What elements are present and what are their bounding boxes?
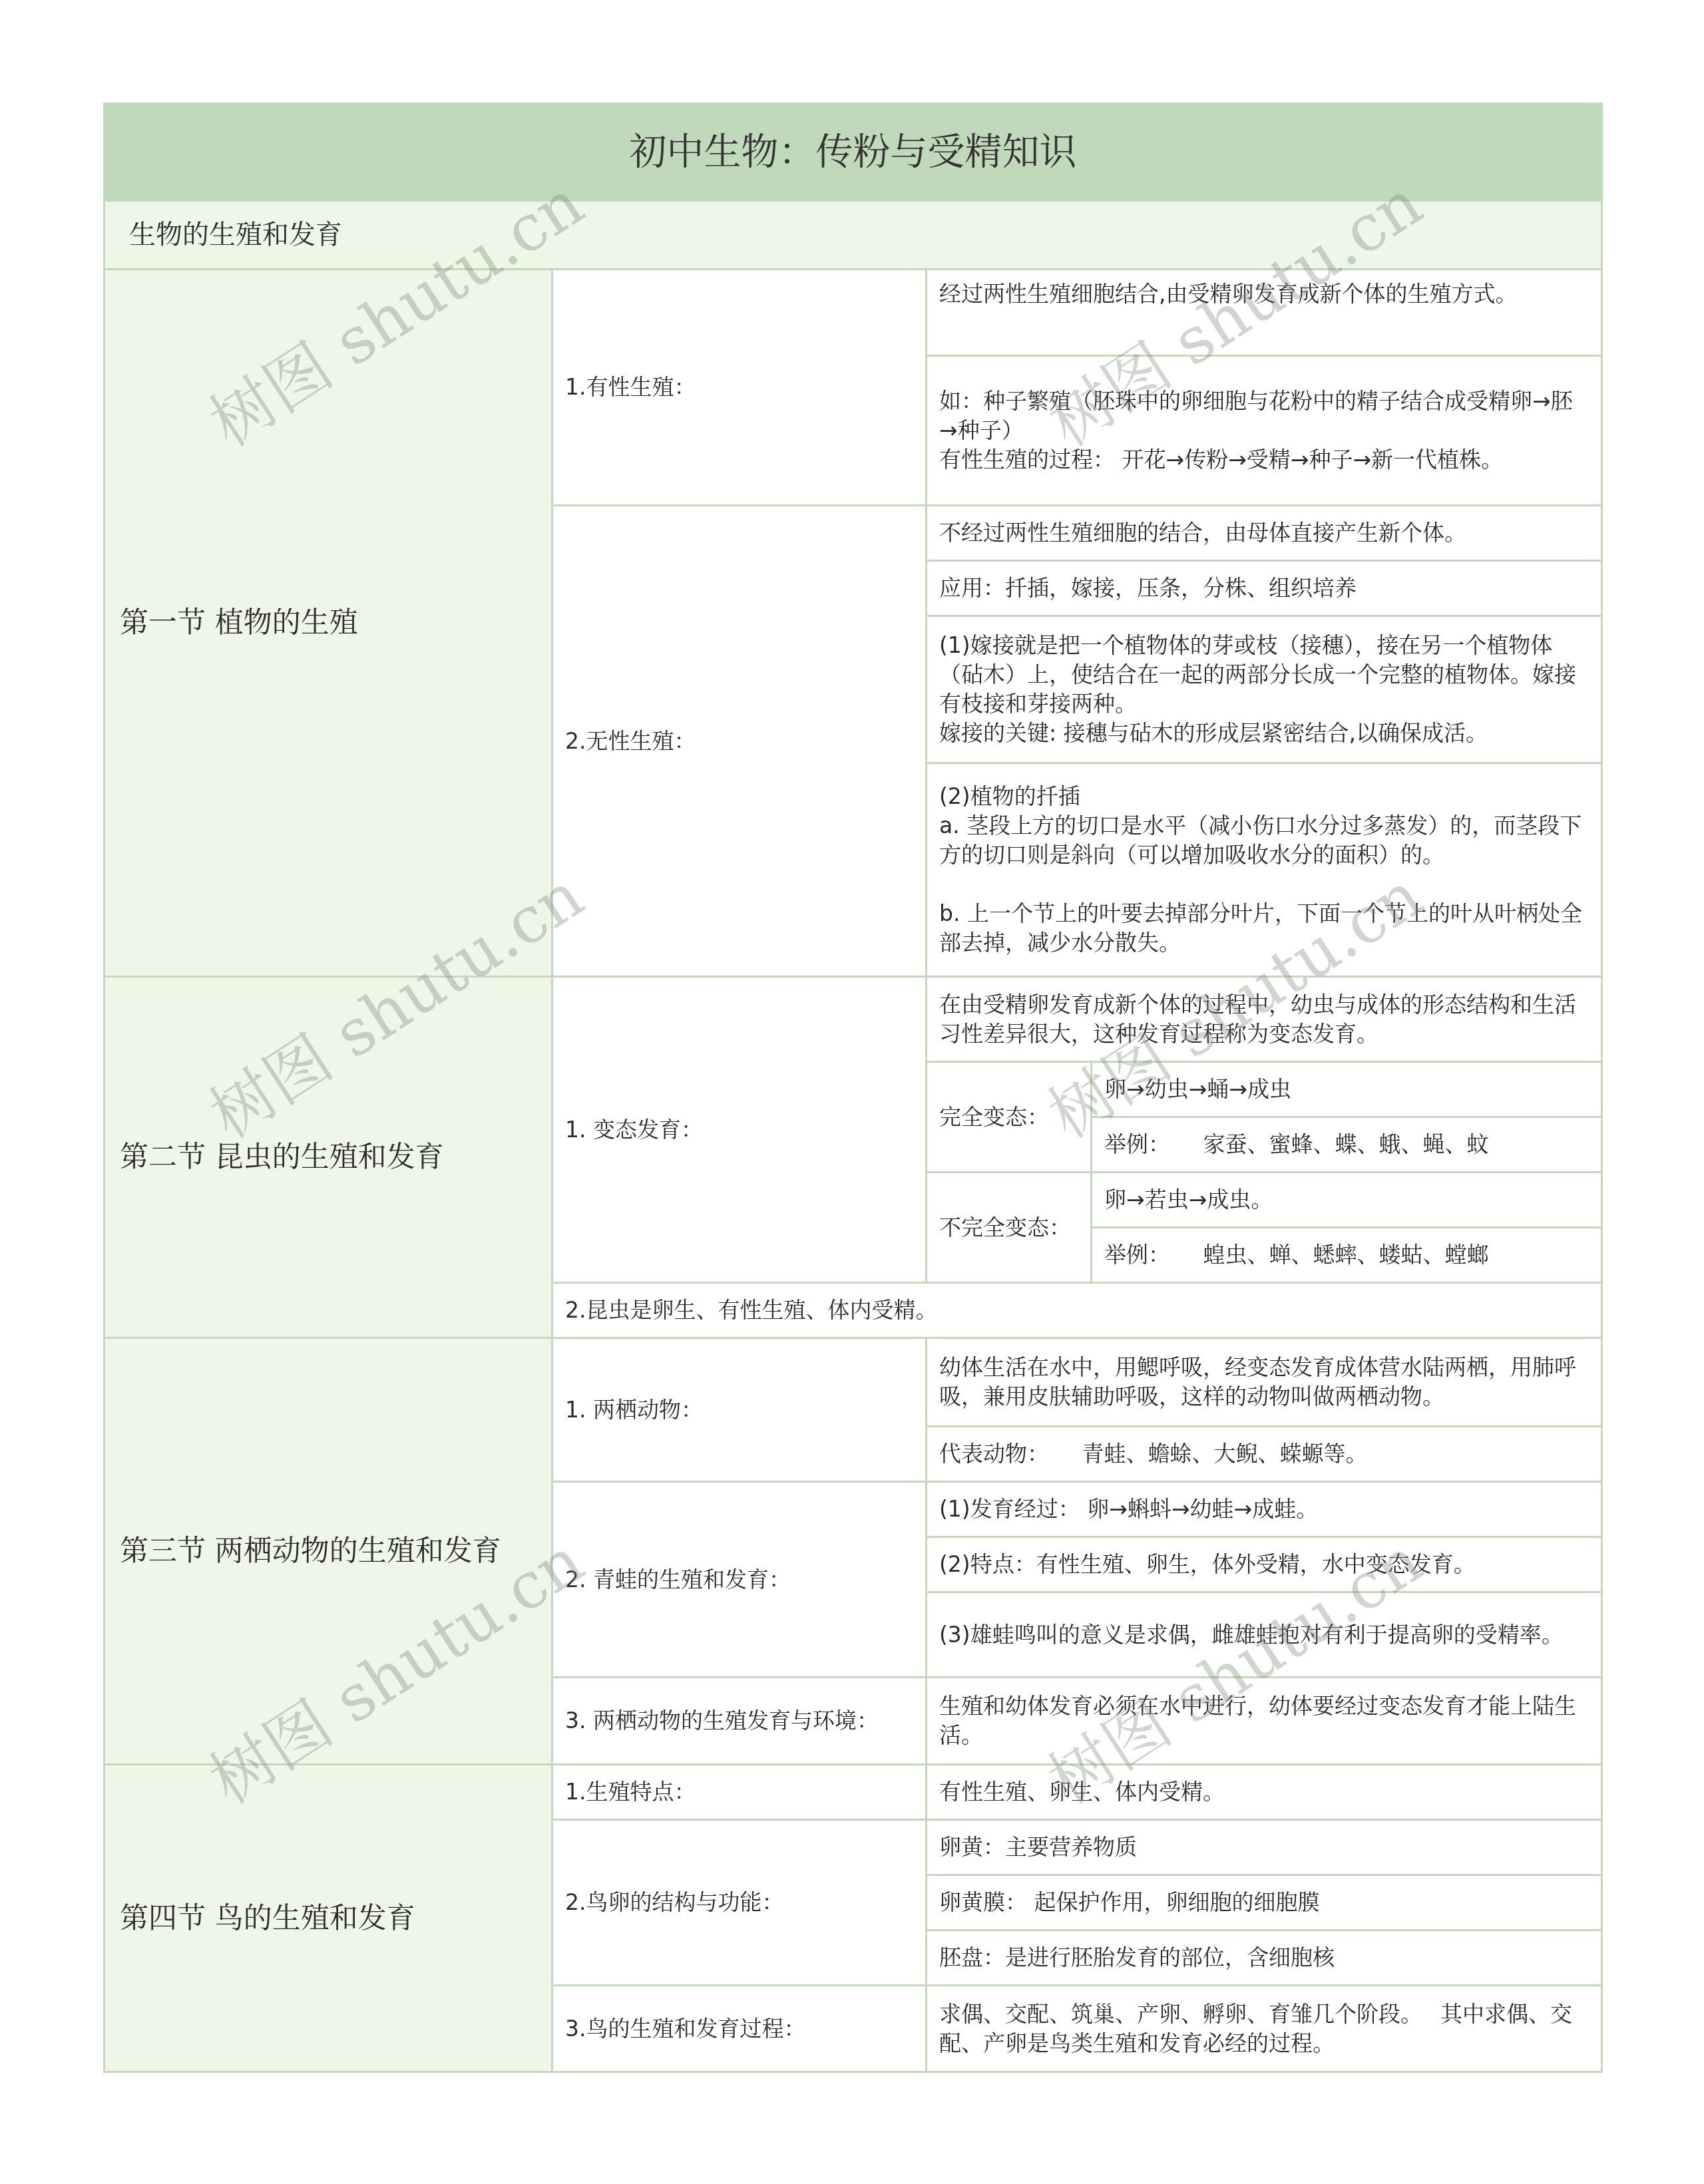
cell-text: (2)特点：有性生殖、卵生，体外受精，水中变态发育。 — [927, 1537, 1602, 1592]
cell-text: 卵→幼虫→蛹→成虫 — [1092, 1062, 1602, 1117]
cell-text: 卵→若虫→成虫。 — [1092, 1173, 1602, 1228]
group-label-asexual: 2.无性生殖： — [552, 506, 927, 977]
cell-text: (3)雄蛙鸣叫的意义是求偶，雌雄蛙抱对有利于提高卵的受精率。 — [927, 1592, 1602, 1678]
section-label-1: 第一节 植物的生殖 — [105, 270, 552, 977]
group-label-bird-process: 3.鸟的生殖和发育过程： — [552, 1986, 927, 2072]
knowledge-table: 初中生物：传粉与受精知识 生物的生殖和发育 第一节 植物的生殖 1.有性生殖： … — [103, 102, 1601, 2073]
cell-text: (2)植物的扦插 a. 茎段上方的切口是水平（减小伤口水分过多蒸发）的，而茎段下… — [927, 763, 1602, 977]
cell-text: 应用：扦插，嫁接，压条，分株、组织培养 — [927, 561, 1602, 616]
group-label-environment: 3. 两栖动物的生殖发育与环境： — [552, 1678, 927, 1765]
section-label-2: 第二节 昆虫的生殖和发育 — [105, 977, 552, 1338]
cell-text: 胚盘：是进行胚胎发育的部位，含细胞核 — [927, 1930, 1602, 1986]
cell-text: 在由受精卵发育成新个体的过程中，幼虫与成体的形态结构和生活习性差异很大，这种发育… — [927, 977, 1602, 1062]
cell-text: 有性生殖、卵生、体内受精。 — [927, 1765, 1602, 1820]
cell-text: (1)发育经过： 卵→蝌蚪→幼蛙→成蛙。 — [927, 1482, 1602, 1537]
cell-text: 如：种子繁殖（胚珠中的卵细胞与花粉中的精子结合成受精卵→胚→种子） 有性生殖的过… — [927, 356, 1602, 506]
section-label-3: 第三节 两栖动物的生殖和发育 — [105, 1338, 552, 1765]
cell-text: 生殖和幼体发育必须在水中进行，幼体要经过变态发育才能上陆生活。 — [927, 1678, 1602, 1765]
subgroup-label-complete: 完全变态： — [927, 1062, 1092, 1173]
cell-text: 举例： 蝗虫、蝉、蟋蟀、蝼蛄、螳螂 — [1092, 1228, 1602, 1283]
cell-text: 不经过两性生殖细胞的结合，由母体直接产生新个体。 — [927, 506, 1602, 561]
cell-text: 举例： 家蚕、蜜蜂、蝶、蛾、蝇、蚊 — [1092, 1117, 1602, 1173]
subgroup-label-incomplete: 不完全变态： — [927, 1173, 1092, 1283]
cell-text: 求偶、交配、筑巢、产卵、孵卵、育雏几个阶段。 其中求偶、交配、产卵是鸟类生殖和发… — [927, 1986, 1602, 2072]
page-title: 初中生物：传粉与受精知识 — [105, 104, 1602, 201]
table-grid: 初中生物：传粉与受精知识 生物的生殖和发育 第一节 植物的生殖 1.有性生殖： … — [103, 102, 1603, 2073]
group-label-egg-structure: 2.鸟卵的结构与功能： — [552, 1820, 927, 1986]
group-label-sexual: 1.有性生殖： — [552, 270, 927, 506]
topic-header: 生物的生殖和发育 — [105, 201, 1602, 270]
cell-text: 代表动物： 青蛙、蟾蜍、大鲵、蝾螈等。 — [927, 1427, 1602, 1482]
group-label-amphibians: 1. 两栖动物： — [552, 1338, 927, 1482]
cell-text: 卵黄：主要营养物质 — [927, 1820, 1602, 1875]
cell-text: (1)嫁接就是把一个植物体的芽或枝（接穗），接在另一个植物体（砧木）上，使结合在… — [927, 616, 1602, 763]
cell-text: 卵黄膜： 起保护作用，卵细胞的细胞膜 — [927, 1875, 1602, 1930]
cell-text: 2.昆虫是卵生、有性生殖、体内受精。 — [552, 1283, 1602, 1338]
group-label-features: 1.生殖特点： — [552, 1765, 927, 1820]
group-label-frog: 2. 青蛙的生殖和发育： — [552, 1482, 927, 1678]
cell-text: 经过两性生殖细胞结合,由受精卵发育成新个体的生殖方式。 — [927, 270, 1602, 356]
cell-text: 幼体生活在水中，用鳃呼吸，经变态发育成体营水陆两栖，用肺呼吸，兼用皮肤辅助呼吸，… — [927, 1338, 1602, 1427]
group-label-metamorphosis: 1. 变态发育： — [552, 977, 927, 1283]
section-label-4: 第四节 鸟的生殖和发育 — [105, 1765, 552, 2072]
